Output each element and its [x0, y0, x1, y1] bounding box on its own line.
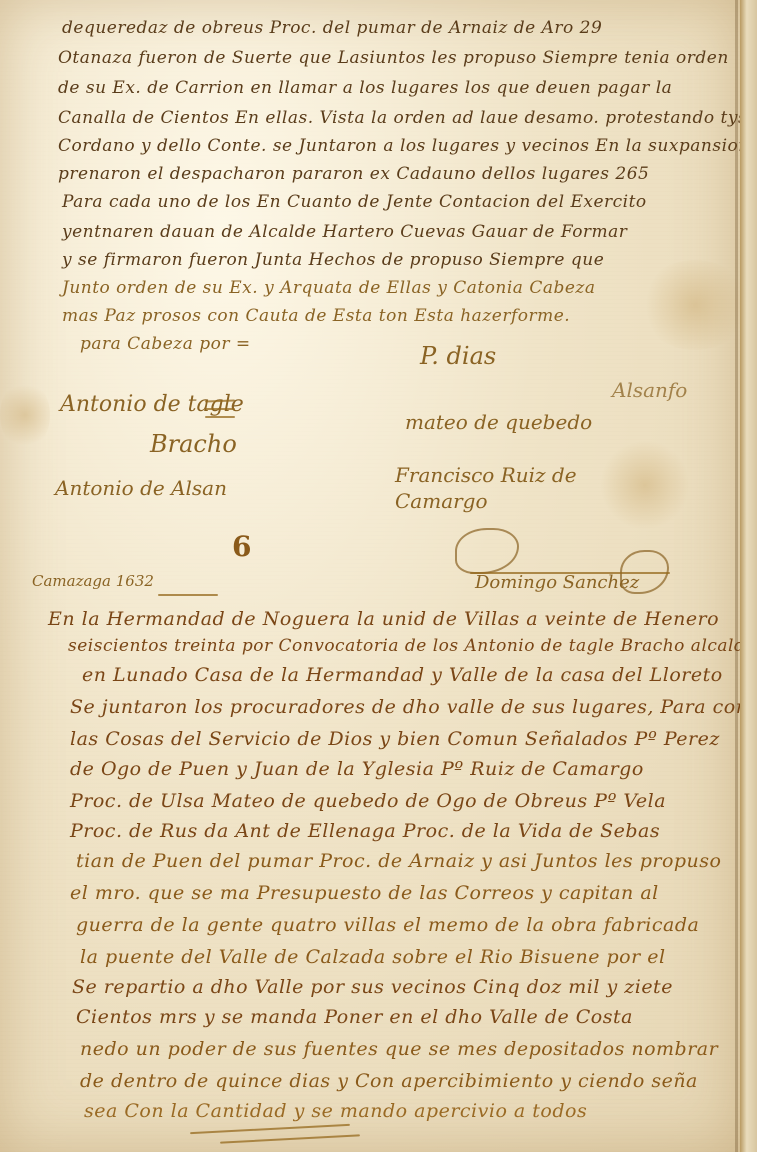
signature-p-dias: P. dias [420, 342, 496, 370]
text-line: las Cosas del Servicio de Dios y bien Co… [70, 728, 720, 750]
text-line: y se firmaron fueron Junta Hechos de pro… [62, 250, 604, 270]
signature-antonio-de-tagle: Antonio de tagle [60, 392, 244, 417]
date-underline [158, 594, 218, 596]
page-edge [740, 0, 757, 1152]
text-line: Cordano y dello Conte. se Juntaron a los… [58, 136, 750, 156]
text-line: de dentro de quince dias y Con apercibim… [80, 1070, 698, 1092]
text-line: mas Paz prosos con Cauta de Esta ton Est… [62, 306, 570, 326]
signature-flourish [205, 416, 235, 418]
text-line: seiscientos treinta por Convocatoria de … [68, 636, 756, 656]
closing-flourish [190, 1124, 350, 1134]
signature-bracho: Bracho [150, 430, 237, 458]
text-line: el mro. que se ma Presupuesto de las Cor… [70, 882, 659, 904]
text-line: de su Ex. de Carrion en llamar a los lug… [58, 78, 672, 98]
text-line: tian de Puen del pumar Proc. de Arnaiz y… [76, 850, 721, 872]
ink-stain [640, 260, 750, 350]
text-line: de Ogo de Puen y Juan de la Yglesia Pº R… [70, 758, 644, 780]
page-number: 6 [232, 530, 251, 563]
date-marginal: Camazaga 1632 [32, 572, 154, 590]
ink-stain [0, 380, 50, 450]
text-line: Se juntaron los procuradores de dho vall… [70, 696, 757, 718]
signature-alsanfo: Alsanfo [612, 378, 687, 402]
text-line: guerra de la gente quatro villas el memo… [76, 914, 699, 936]
text-line: dequeredaz de obreus Proc. del pumar de … [62, 18, 602, 38]
text-line: Junto orden de su Ex. y Arquata de Ellas… [62, 278, 596, 298]
text-line: la puente del Valle de Calzada sobre el … [80, 946, 666, 968]
text-line: Proc. de Rus da Ant de Ellenaga Proc. de… [70, 820, 660, 842]
signature-flourish [205, 408, 235, 410]
text-line: Otanaza fueron de Suerte que Lasiuntos l… [58, 48, 729, 68]
text-line: En la Hermandad de Noguera la unid de Vi… [48, 608, 719, 630]
signature-domingo-sanchez: Domingo Sanchez [475, 572, 639, 593]
text-line: Se repartio a dho Valle por sus vecinos … [72, 976, 673, 998]
signature-francisco-ruiz-de-camargo: Francisco Ruiz de Camargo [395, 462, 615, 514]
text-line: nedo un poder de sus fuentes que se mes … [80, 1038, 718, 1060]
signature-rubric [455, 528, 519, 574]
text-line: prenaron el despacharon pararon ex Cadau… [58, 164, 649, 184]
signature-antonio-de-alsan: Antonio de Alsan [55, 476, 227, 500]
text-line: en Lunado Casa de la Hermandad y Valle d… [82, 664, 723, 686]
text-line: Para cada uno de los En Cuanto de Jente … [62, 192, 647, 212]
text-line: yentnaren dauan de Alcalde Hartero Cueva… [62, 222, 627, 242]
signature-mateo-de-quebedo: mateo de quebedo [405, 410, 592, 434]
manuscript-page: dequeredaz de obreus Proc. del pumar de … [0, 0, 740, 1152]
page-fold [735, 0, 738, 1152]
text-line: sea Con la Cantidad y se mando apercivio… [84, 1100, 587, 1122]
text-line: Canalla de Cientos En ellas. Vista la or… [58, 108, 747, 128]
text-line: para Cabeza por = [80, 334, 251, 354]
text-line: Cientos mrs y se manda Poner en el dho V… [76, 1006, 633, 1028]
text-line: Proc. de Ulsa Mateo de quebedo de Ogo de… [70, 790, 666, 812]
closing-flourish [220, 1134, 360, 1143]
